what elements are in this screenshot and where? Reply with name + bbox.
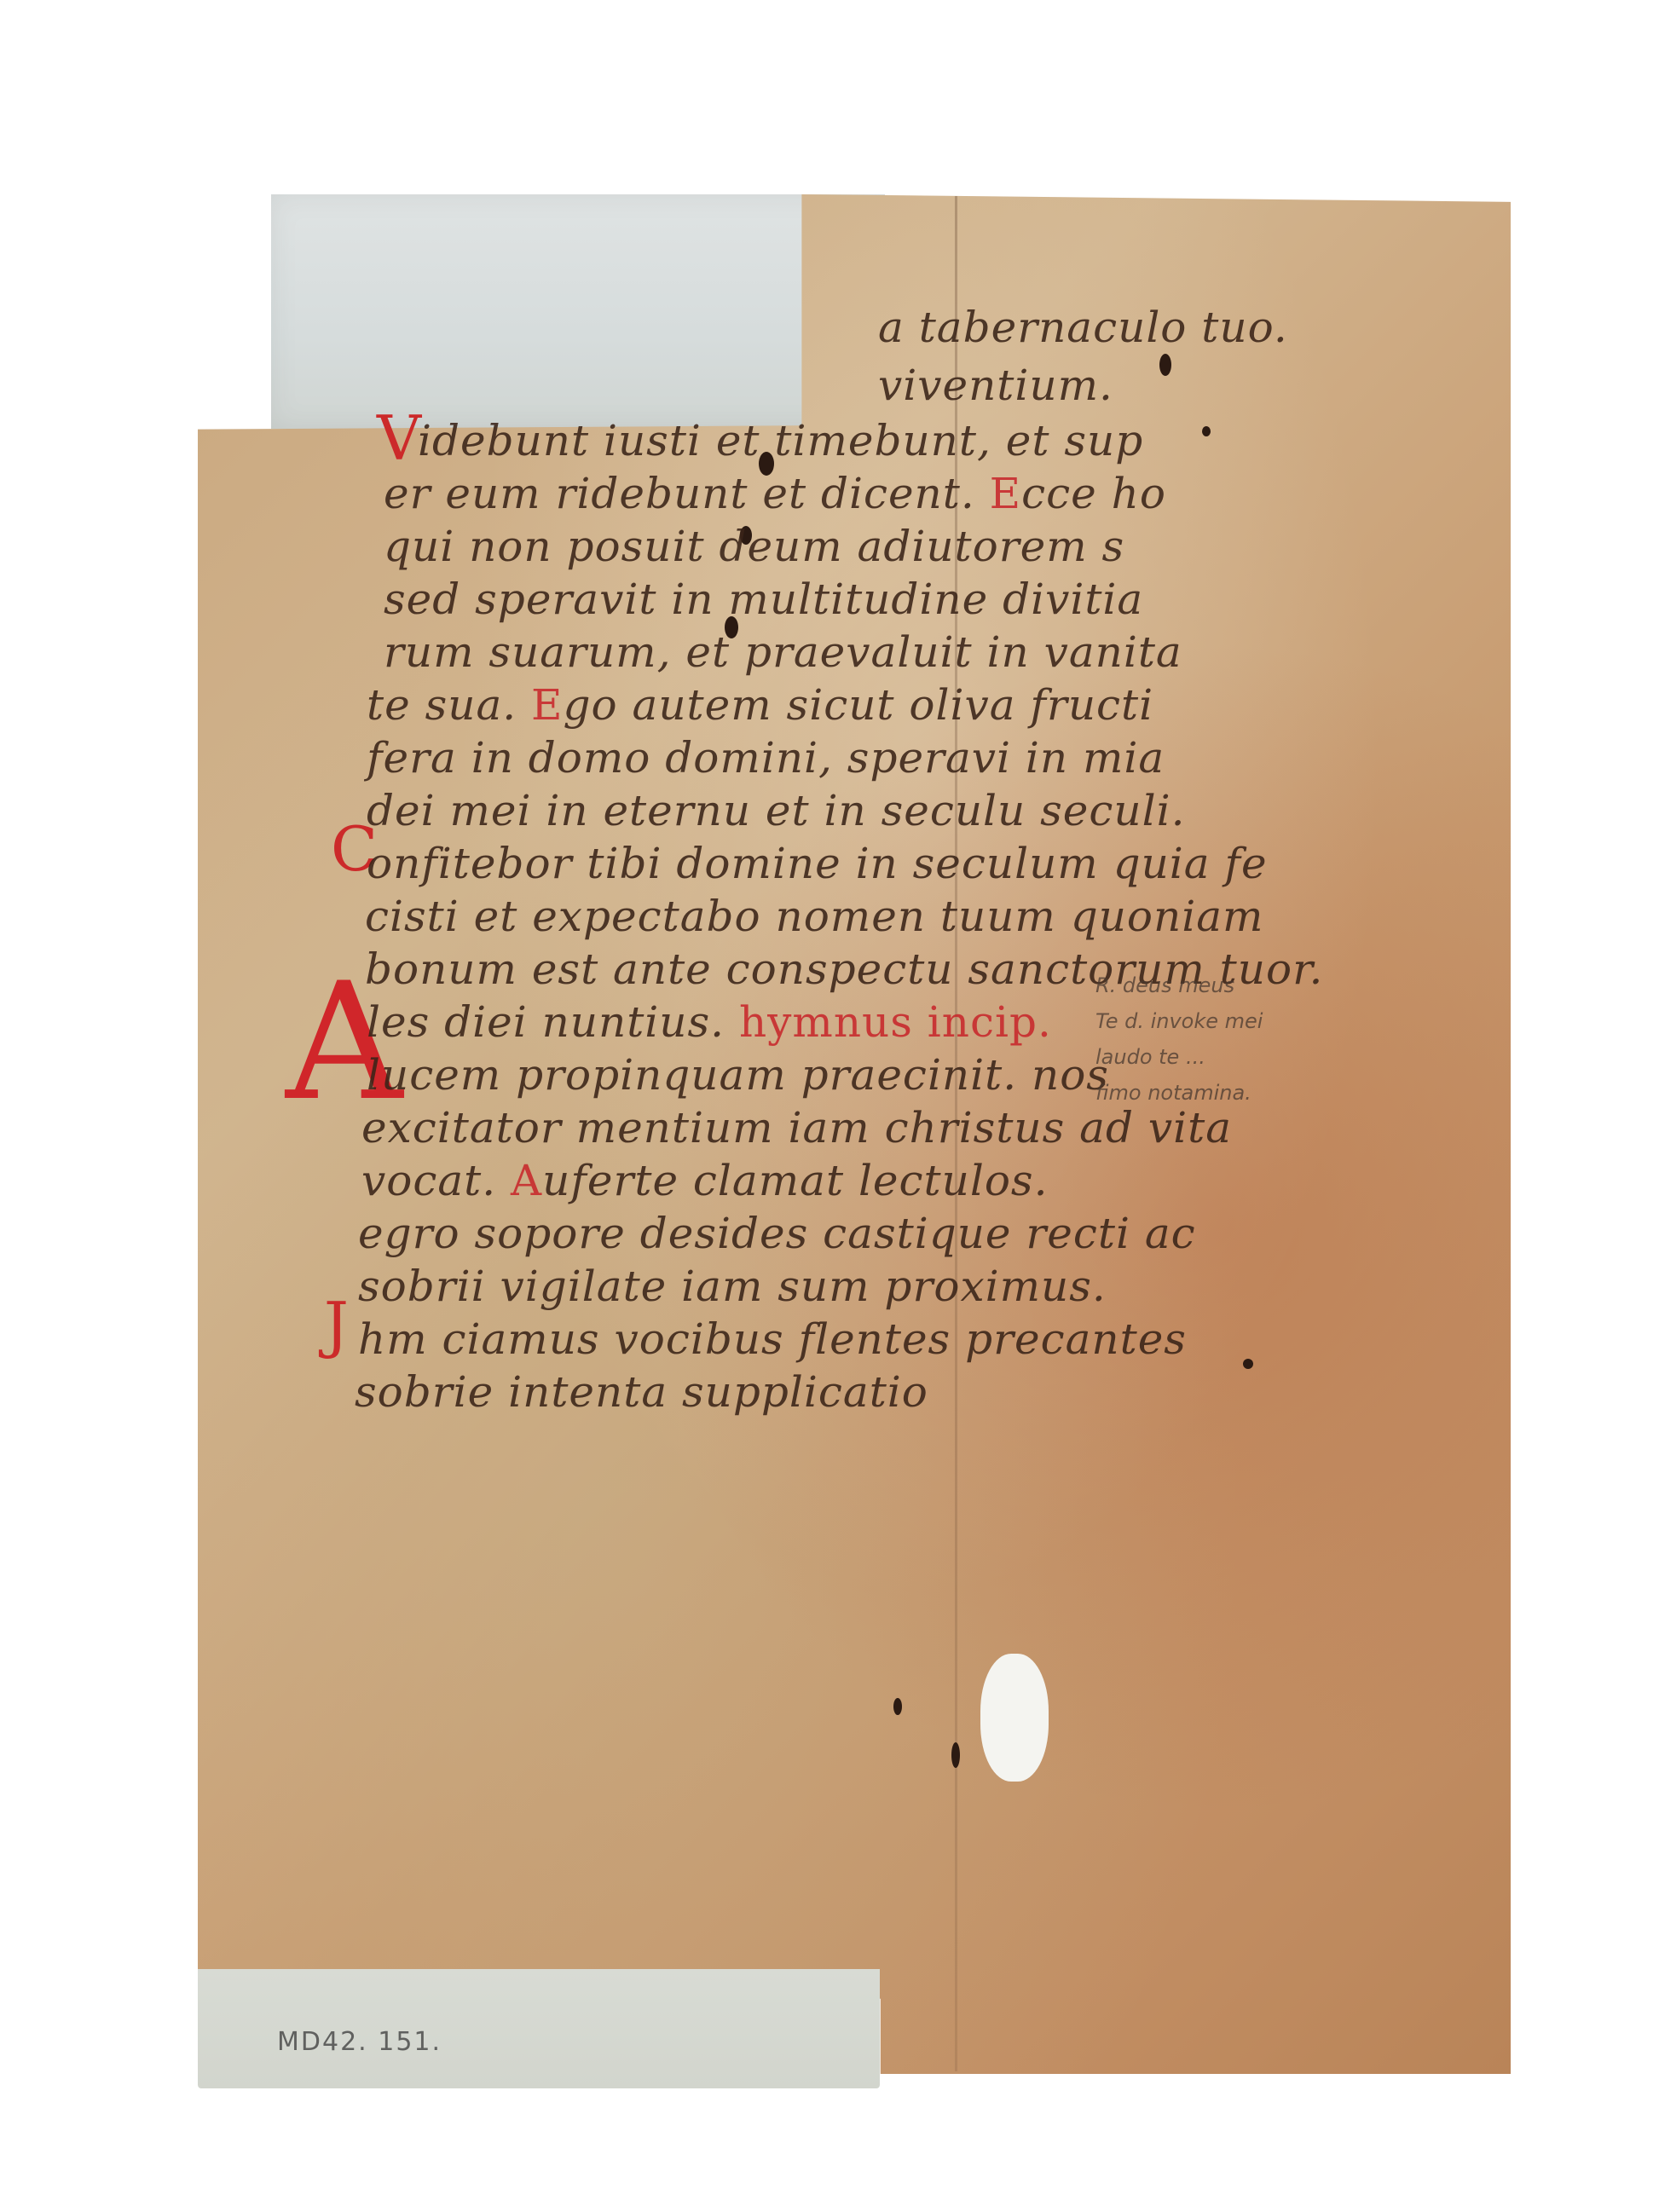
text-line: sed speravit in multitudine divitia (384, 575, 1143, 624)
text-line: idebunt iusti et timebunt, et sup (418, 416, 1143, 465)
wormhole-7 (893, 1698, 902, 1715)
shelfmark-label: MD42. 151. (277, 2027, 442, 2057)
annotation-line: fimo notamina. (1095, 1075, 1454, 1111)
marginal-annotation: R. deus meus Te d. invoke mei laudo te .… (1095, 967, 1454, 1111)
text-line: cisti et expectabo nomen tuum quoniam (365, 892, 1263, 941)
annotation-line: Te d. invoke mei (1095, 1003, 1454, 1039)
text-line: vocat. Auferte clamat lectulos. (361, 1156, 1048, 1205)
text-run: les diei nuntius. (367, 997, 739, 1047)
rubric-initial: J (324, 1294, 349, 1355)
wormhole-8 (951, 1742, 960, 1768)
text-line: les diei nuntius. hymnus incip. (367, 997, 1052, 1047)
paper-gap (980, 1654, 1049, 1782)
text-run: er eum ridebunt et dicent. (384, 469, 990, 518)
annotation-line: R. deus meus (1095, 967, 1454, 1003)
text-run: cce ho (1021, 469, 1166, 518)
text-line: viventium. (878, 361, 1113, 410)
text-line: sobrii vigilate iam sum proximus. (358, 1262, 1107, 1311)
text-line: egro sopore desides castique recti ac (358, 1209, 1196, 1258)
text-line: lucem propinquam praecinit. nos (367, 1050, 1109, 1100)
rubric-heading: hymnus incip. (739, 997, 1052, 1047)
text-line: sobrie intenta supplicatio (355, 1367, 928, 1417)
text-line: te sua. Ego autem sicut oliva fructi (367, 680, 1153, 730)
rubric-initial: V (377, 407, 421, 469)
text-line: qui non posuit deum adiutorem s (384, 522, 1124, 571)
text-line: rum suarum, et praevaluit in vanita (384, 627, 1182, 677)
rubric-initial: E (990, 469, 1022, 518)
annotation-line: laudo te ... (1095, 1039, 1454, 1075)
text-run: go autem sicut oliva fructi (564, 680, 1154, 730)
text-line: a tabernaculo tuo. (878, 303, 1288, 352)
rubric-initial: A (511, 1156, 542, 1205)
text-line: dei mei in eternu et in seculu seculi. (367, 786, 1185, 835)
text-line: fera in domo domini, speravi in mia (367, 733, 1165, 783)
text-line: er eum ridebunt et dicent. Ecce ho (384, 469, 1166, 518)
text-line: onfitebor tibi domine in seculum quia fe (367, 839, 1268, 888)
text-run: vocat. (361, 1156, 511, 1205)
wormhole-1 (1159, 354, 1171, 376)
text-run: uferte clamat lectulos. (542, 1156, 1048, 1205)
wormhole-2 (1202, 426, 1211, 436)
paper-mount-top (271, 194, 885, 429)
wormhole-6 (1243, 1359, 1253, 1369)
text-line: hm ciamus vocibus flentes precantes (358, 1314, 1187, 1364)
text-run: te sua. (367, 680, 531, 730)
rubric-initial: E (531, 680, 564, 730)
